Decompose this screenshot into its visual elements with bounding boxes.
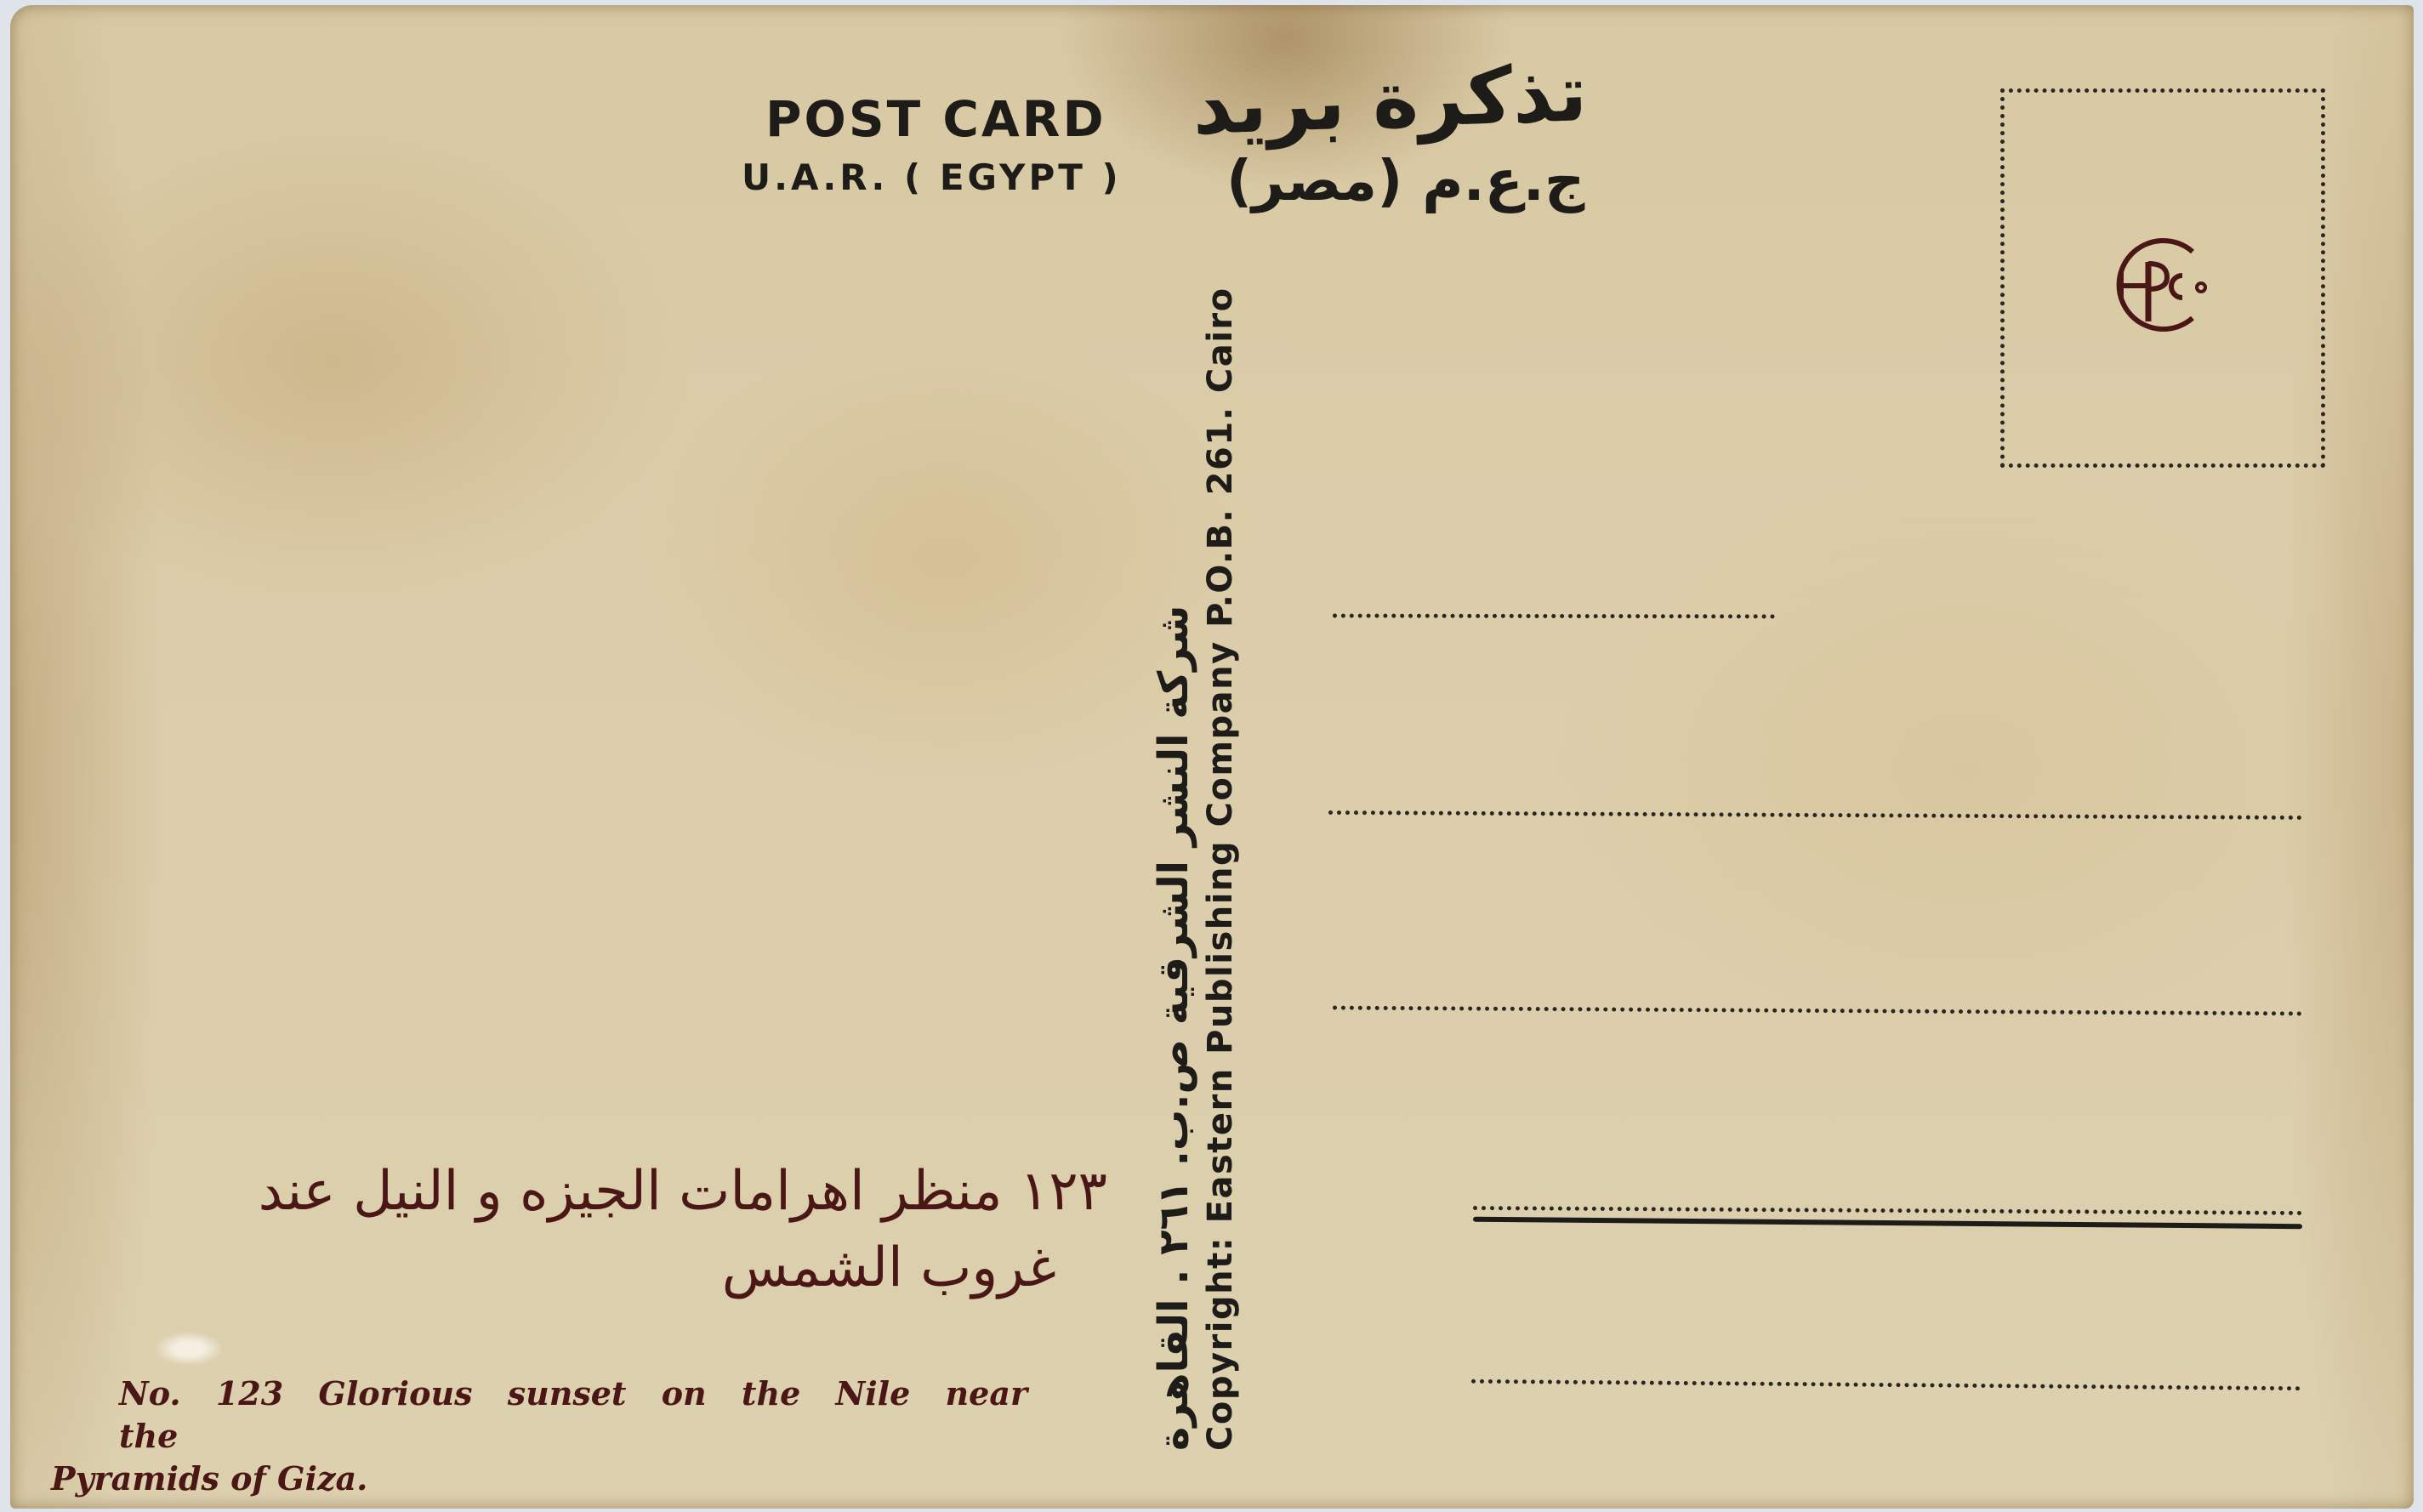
publisher-logo-icon: [2104, 228, 2218, 342]
caption-english: No. 123 Glorious sunset on the Nile near…: [51, 1373, 1055, 1500]
address-line: [1333, 1006, 2302, 1016]
address-line: [1473, 1206, 2302, 1215]
address-line: [1328, 810, 2302, 820]
address-line: [1333, 614, 1775, 619]
postcard-back: POST CARD U.A.R. ( EGYPT ) تذكرة بريد ج.…: [10, 5, 2414, 1509]
address-line: [1471, 1379, 2301, 1391]
caption-english-line2: Pyramids of Giza.: [51, 1459, 367, 1498]
caption-english-line1: No. 123 Glorious sunset on the Nile near…: [51, 1373, 1055, 1458]
caption-arabic: ١٢٣ منظر اهرامات الجيزه و النيل عند غروب…: [61, 1153, 1107, 1306]
caption-arabic-line1: ١٢٣ منظر اهرامات الجيزه و النيل عند: [259, 1160, 1107, 1223]
arabic-post-card-title: تذكرة بريد: [1191, 48, 1589, 152]
post-card-title: POST CARD: [765, 90, 1106, 148]
caption-arabic-line2: غروب الشمس: [61, 1230, 1107, 1306]
imprint-english: Copyright: Eastern Publishing Company P.…: [1201, 320, 1240, 1451]
country-label: U.A.R. ( EGYPT ): [742, 156, 1122, 198]
paper-tear: [155, 1332, 223, 1366]
arabic-country-label: ج.ع.م (مصر): [1226, 148, 1584, 213]
publisher-imprint: شركة النشر الشرقية ص.ب. ٢٦١ . القاهرة Co…: [1150, 320, 1252, 1451]
address-underline: [1473, 1217, 2302, 1230]
imprint-arabic: شركة النشر الشرقية ص.ب. ٢٦١ . القاهرة: [1150, 320, 1197, 1451]
